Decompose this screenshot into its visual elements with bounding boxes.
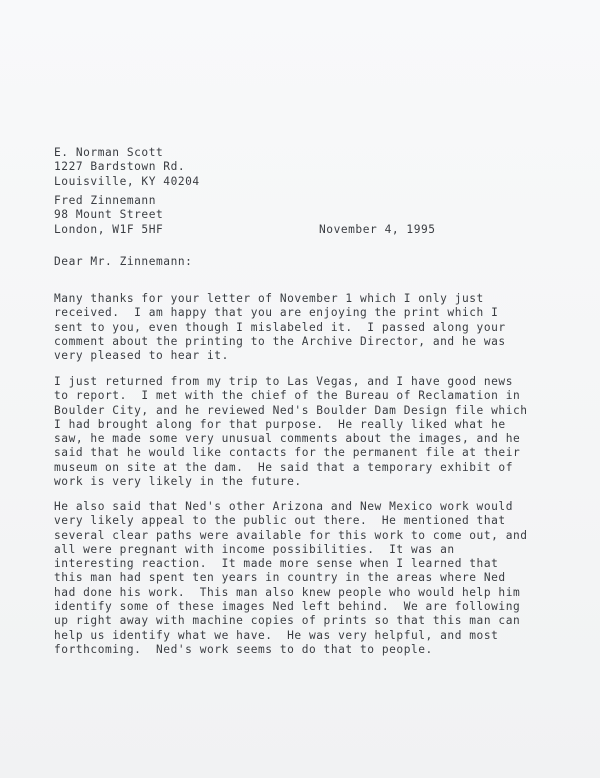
- paragraph-line: identify some of these images Ned left b…: [54, 600, 528, 614]
- paragraph-line: received. I am happy that you are enjoyi…: [54, 306, 506, 320]
- paragraph-line: Many thanks for your letter of November …: [54, 292, 506, 306]
- paragraph-line: to report. I met with the chief of the B…: [54, 389, 528, 403]
- paragraph-line: comment about the printing to the Archiv…: [54, 335, 506, 349]
- paragraph-line: very pleased to hear it.: [54, 349, 506, 363]
- recipient-street: 98 Mount Street: [54, 208, 163, 222]
- paragraph-line: this man had spent ten years in country …: [54, 571, 528, 585]
- paragraph-line: had done his work. This man also knew pe…: [54, 586, 528, 600]
- paragraph-3: He also said that Ned's other Arizona an…: [54, 500, 528, 657]
- paragraph-line: museum on site at the dam. He said that …: [54, 461, 528, 475]
- sender-address: E. Norman Scott 1227 Bardstown Rd. Louis…: [54, 146, 200, 189]
- recipient-address: Fred Zinnemann 98 Mount Street London, W…: [54, 194, 163, 237]
- paragraph-line: interesting reaction. It made more sense…: [54, 557, 528, 571]
- paragraph-line: Boulder City, and he reviewed Ned's Boul…: [54, 404, 528, 418]
- paragraph-line: forthcoming. Ned's work seems to do that…: [54, 643, 528, 657]
- recipient-city: London, W1F 5HF: [54, 223, 163, 237]
- paragraph-2: I just returned from my trip to Las Vega…: [54, 375, 528, 489]
- paragraph-1: Many thanks for your letter of November …: [54, 292, 506, 363]
- salutation-text: Dear Mr. Zinnemann:: [54, 255, 192, 269]
- letter-date: November 4, 1995: [319, 223, 436, 237]
- sender-city: Louisville, KY 40204: [54, 175, 200, 189]
- paragraph-line: up right away with machine copies of pri…: [54, 614, 528, 628]
- paragraph-line: saw, he made some very unusual comments …: [54, 432, 528, 446]
- salutation: Dear Mr. Zinnemann:: [54, 255, 192, 269]
- sender-street: 1227 Bardstown Rd.: [54, 160, 200, 174]
- paragraph-line: help us identify what we have. He was ve…: [54, 629, 528, 643]
- recipient-name: Fred Zinnemann: [54, 194, 163, 208]
- paragraph-line: work is very likely in the future.: [54, 475, 528, 489]
- paragraph-line: very likely appeal to the public out the…: [54, 514, 528, 528]
- paragraph-line: I had brought along for that purpose. He…: [54, 418, 528, 432]
- paragraph-line: several clear paths were available for t…: [54, 529, 528, 543]
- paragraph-line: He also said that Ned's other Arizona an…: [54, 500, 528, 514]
- paragraph-line: all were pregnant with income possibilit…: [54, 543, 528, 557]
- paragraph-line: I just returned from my trip to Las Vega…: [54, 375, 528, 389]
- paragraph-line: sent to you, even though I mislabeled it…: [54, 321, 506, 335]
- letter-page: E. Norman Scott 1227 Bardstown Rd. Louis…: [0, 0, 600, 778]
- sender-name: E. Norman Scott: [54, 146, 200, 160]
- paragraph-line: said that he would like contacts for the…: [54, 446, 528, 460]
